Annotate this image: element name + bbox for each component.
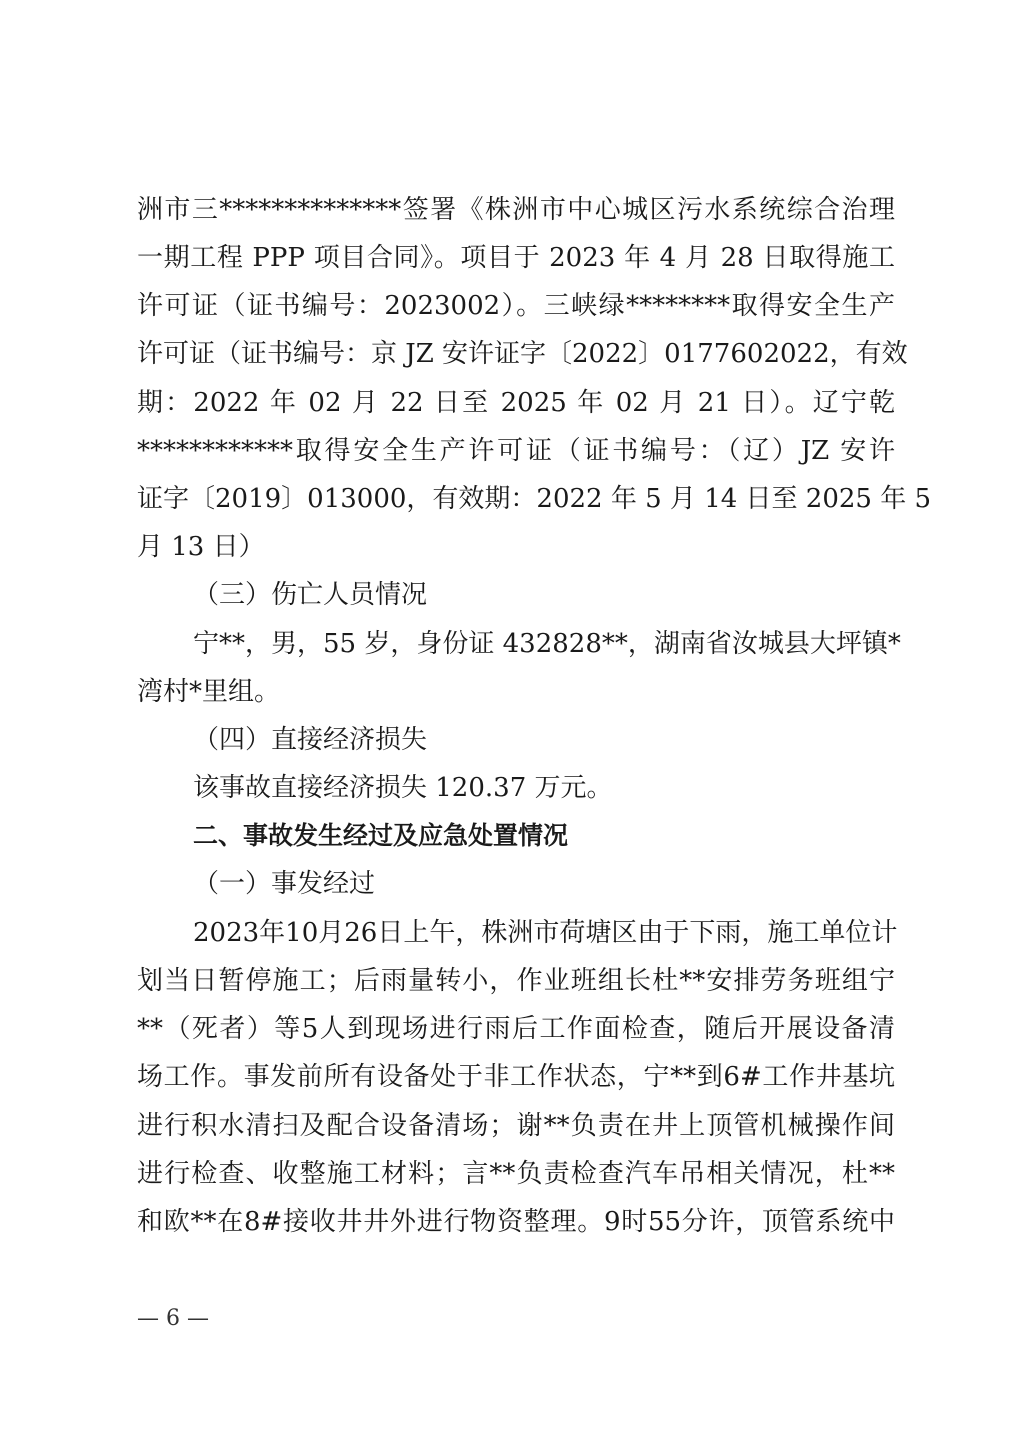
text-line-process-5: 进行积水清扫及配合设备清场；谢**负责在井上顶管机械操作间 — [137, 1106, 895, 1146]
text-line-8: 月 13 日） — [137, 527, 895, 567]
text-line-process-3: **（死者）等5人到现场进行雨后工作面检查，随后开展设备清 — [137, 1009, 895, 1049]
page-number: — 6 — — [137, 1303, 209, 1335]
text-line-4: 许可证（证书编号：京 JZ 安许证字〔2022〕0177602022，有效 — [137, 334, 895, 374]
text-line-casualty-1: 宁**，男，55 岁，身份证 432828**，湖南省汝城县大坪镇* — [193, 624, 895, 664]
text-line-5: 期：2022 年 02 月 22 日至 2025 年 02 月 21 日）。辽宁… — [137, 383, 895, 423]
section-heading-casualties: （三）伤亡人员情况 — [193, 575, 895, 615]
text-line-1: 洲市三**************签署《株洲市中心城区污水系统综合治理 — [137, 190, 895, 230]
text-line-2: 一期工程 PPP 项目合同》。项目于 2023 年 4 月 28 日取得施工 — [137, 238, 895, 278]
text-line-6: ************取得安全生产许可证（证书编号：（辽）JZ 安许 — [137, 431, 895, 471]
text-line-process-2: 划当日暂停施工；后雨量转小，作业班组长杜**安排劳务班组宁 — [137, 961, 895, 1001]
text-line-3: 许可证（证书编号：2023002）。三峡绿********取得安全生产 — [137, 286, 895, 326]
document-page: 洲市三**************签署《株洲市中心城区污水系统综合治理 一期工程… — [0, 0, 1024, 1448]
section-heading-incident-process: （一）事发经过 — [193, 864, 895, 904]
section-heading-economic-loss: （四）直接经济损失 — [193, 720, 895, 760]
text-line-casualty-2: 湾村*里组。 — [137, 672, 895, 712]
text-line-process-6: 进行检查、收整施工材料；言**负责检查汽车吊相关情况，杜** — [137, 1154, 895, 1194]
text-line-process-4: 场工作。事发前所有设备处于非工作状态，宁**到6#工作井基坑 — [137, 1057, 895, 1097]
text-line-7: 证字〔2019〕013000，有效期：2022 年 5 月 14 日至 2025… — [137, 479, 895, 519]
text-line-economic-loss: 该事故直接经济损失 120.37 万元。 — [193, 768, 895, 808]
text-line-process-7: 和欧**在8#接收井井外进行物资整理。9时55分许，顶管系统中 — [137, 1202, 895, 1242]
chapter-heading-accident-process: 二、事故发生经过及应急处置情况 — [193, 816, 895, 856]
text-line-process-1: 2023年10月26日上午，株洲市荷塘区由于下雨，施工单位计 — [193, 913, 895, 953]
